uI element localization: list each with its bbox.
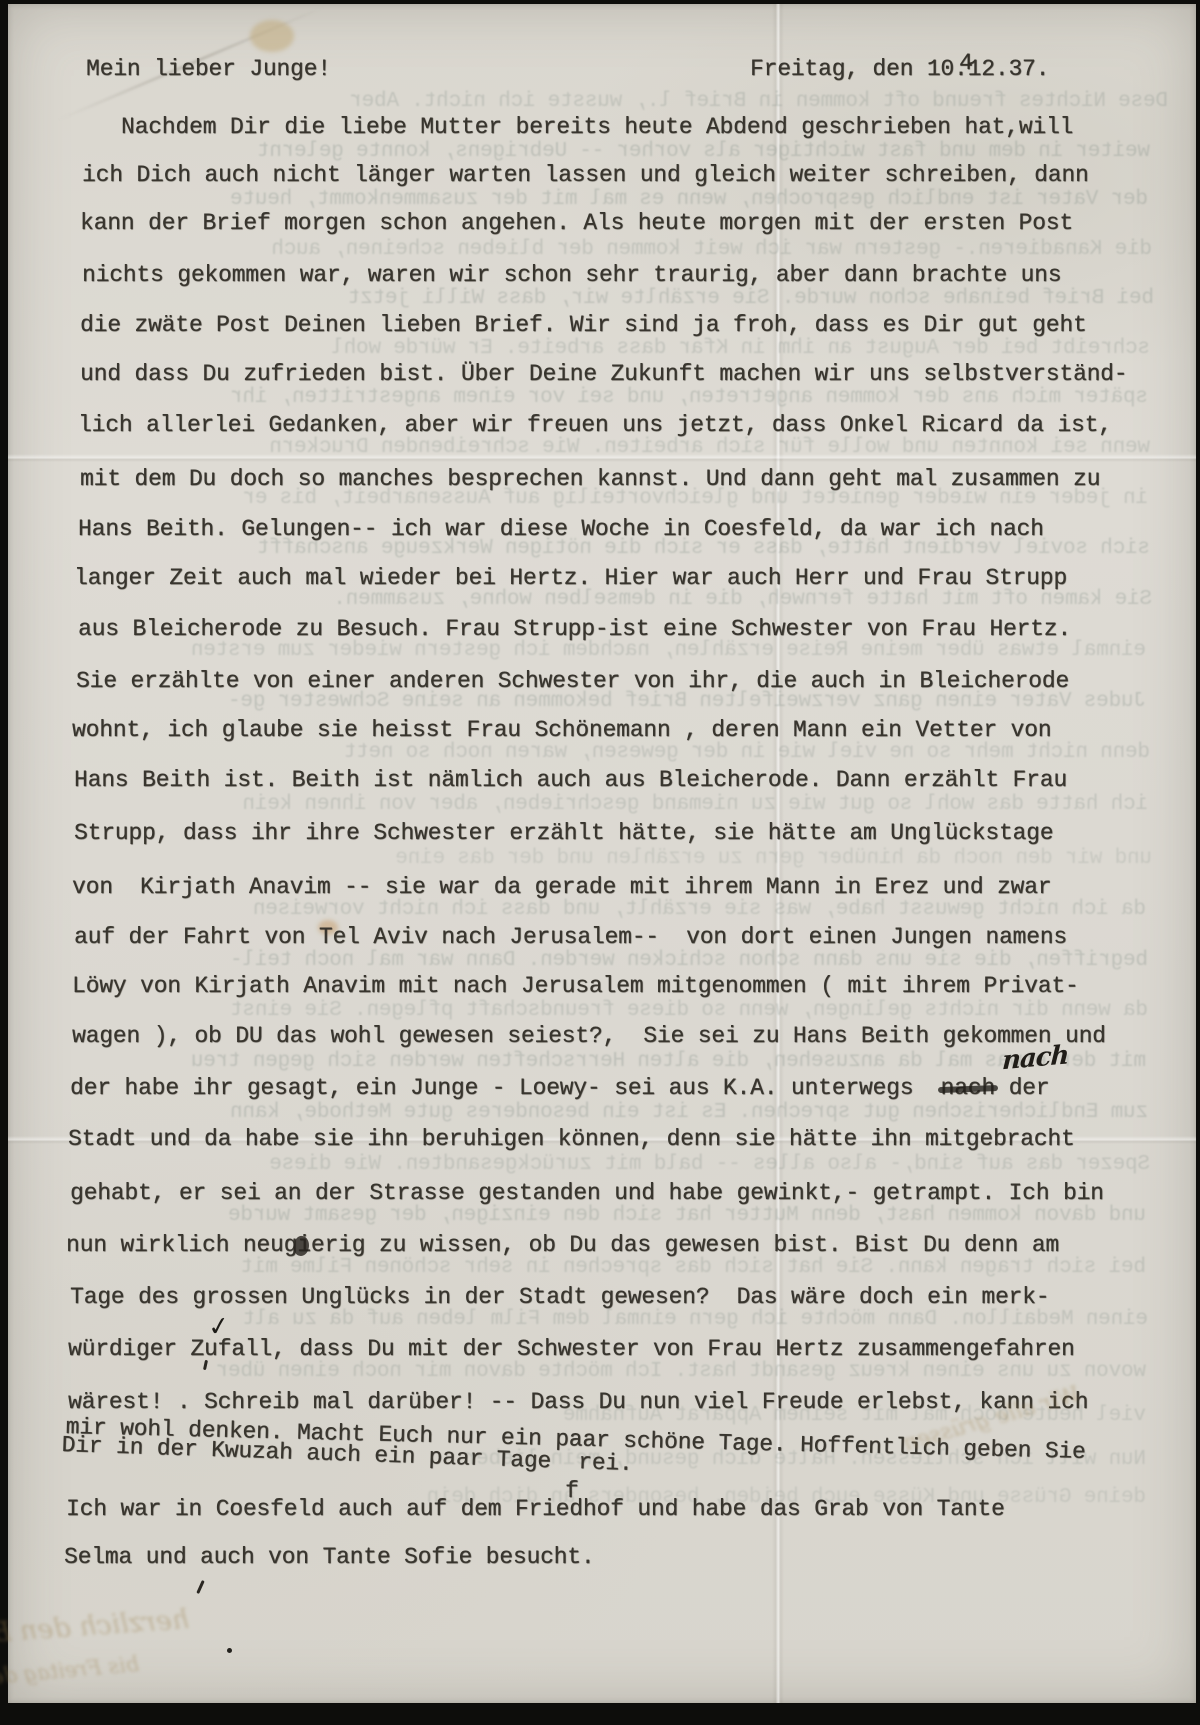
typed-line: von Kirjath Anavim -- sie war da gerade … — [72, 874, 1051, 901]
typed-line: Selma und auch von Tante Sofie besucht. — [64, 1544, 595, 1571]
bleedthrough-line: da wenn dir nichts gelingen, wenn so die… — [68, 999, 1148, 1022]
typed-segment: der habe ihr gesagt, ein Junge - Loewy- … — [70, 1075, 941, 1101]
handwritten-correction: nach — [1001, 1040, 1069, 1076]
typed-line: auf der Fahrt von Tel Aviv nach Jerusale… — [74, 924, 1067, 951]
salutation: Mein lieber Junge! — [86, 56, 331, 83]
typed-line: wohnt, ich glaube sie heisst Frau Schöne… — [72, 717, 1051, 744]
ink-tick — [196, 1580, 204, 1594]
dateline: Freitag, den 10.12.37. — [750, 56, 1049, 83]
ink-dot — [227, 1648, 232, 1653]
bleedthrough-line: bei sich tragen kann. Sie hat sich das s… — [66, 1256, 1146, 1279]
typed-line: Nachdem Dir die liebe Mutter bereits heu… — [121, 114, 1073, 141]
paper-sheet: Dese Nichtes freund oft kommen in Brief … — [8, 4, 1196, 1703]
struck-word: nach — [941, 1075, 995, 1102]
bleedthrough-line: wovon zu uns einen kreuz gesandt hast. I… — [66, 1360, 1146, 1383]
typed-line: Sie erzählte von einer anderen Schwester… — [76, 668, 1069, 695]
bleedthrough-line: zum Endlicherischen gut sprechen. Es ist… — [68, 1101, 1148, 1124]
typed-line: aus Bleicherode zu Besuch. Frau Strupp-i… — [78, 616, 1071, 643]
bleedthrough-line: Spezer das auf sind,- also alles -- bald… — [70, 1153, 1150, 1176]
typed-line: gehabt, er sei an der Strasse gestanden … — [70, 1180, 1104, 1207]
bleedthrough-line: die Kanadieren.- gestern war ich weit ko… — [72, 238, 1152, 261]
typed-line: Hans Beith ist. Beith ist nämlich auch a… — [74, 767, 1067, 794]
bleedthrough-line: mit der etwas mal da anzusehen, die alte… — [66, 1050, 1146, 1073]
bleedthrough-line: bei Brief beinahe schon wurde. Sie erzäh… — [74, 287, 1154, 310]
typed-line: kann der Brief morgen schon angehen. Als… — [80, 210, 1073, 237]
typed-line: wärest! . Schreib mal darüber! -- Dass D… — [68, 1389, 1088, 1416]
typed-segment: der — [995, 1075, 1049, 1101]
handwriting-ghost: bis Freitag dein — [0, 1652, 140, 1691]
bleedthrough-line: und wir den noch da hinüber gern zu erzä… — [72, 847, 1152, 870]
typed-line: Strupp, dass ihr ihre Schwester erzählt … — [74, 820, 1053, 847]
typed-line: Ich war in Coesfeld auch auf dem Friedho… — [66, 1496, 1005, 1523]
typed-line: ich Dich auch nicht länger warten lassen… — [82, 162, 1089, 189]
typed-line: Löwy von Kirjath Anavim mit nach Jerusal… — [72, 973, 1079, 1000]
typed-line: nichts gekommen war, waren wir schon seh… — [82, 262, 1061, 289]
typed-line: nun wirklich neugierig zu wissen, ob Du … — [66, 1232, 1059, 1259]
ink-checkmark: ✓ — [206, 1311, 232, 1344]
bleedthrough-line: der Vater ist endlich gesprochen, wenn e… — [68, 188, 1148, 211]
typed-line: wagen ), ob DU das wohl gewesen seiest?,… — [72, 1023, 1106, 1050]
bleedthrough-line: und davon kommen hast, denn Mutter hat s… — [66, 1204, 1146, 1227]
bleedthrough-line: weiter in dem und fast wichtiger als vor… — [70, 140, 1150, 163]
bleedthrough-line: schreibt bei der August an ihm in Kfar d… — [70, 337, 1150, 360]
bleedthrough-line: da ich nicht gewusst habe, was sie erzäh… — [66, 898, 1146, 921]
typed-line: Tage des grossen Unglücks in der Stadt g… — [70, 1284, 1049, 1311]
typed-line: und dass Du zufrieden bist. Über Deine Z… — [80, 361, 1127, 388]
scanned-letter-page: { "scan": { "background_color": "#0d0d0b… — [0, 0, 1200, 1725]
typed-line: Hans Beith. Gelungen-- ich war diese Woc… — [78, 516, 1044, 543]
bleedthrough-line: später mich ans der kommen angetreten, u… — [68, 386, 1148, 409]
typed-line: Stadt und da habe sie ihn beruhigen könn… — [68, 1126, 1075, 1153]
bleedthrough-line: wenn sei konnten und wolle für sich arbe… — [70, 436, 1150, 459]
typed-line: lich allerlei Gedanken, aber wir freuen … — [78, 412, 1112, 439]
typed-line: mit dem Du doch so manches besprechen ka… — [80, 466, 1100, 493]
date-overtype-character: 4 — [959, 50, 973, 77]
paper-stain — [250, 20, 294, 52]
bleedthrough-line: ich hatte das wohl so gut wie zu niemand… — [68, 793, 1148, 816]
typed-line: die zwäte Post Deinen lieben Brief. Wir … — [80, 312, 1087, 339]
bleedthrough-line: begriffen, die sie uns dann schon schick… — [68, 949, 1148, 972]
inserted-letter-f: f — [565, 1478, 579, 1505]
bleedthrough-line: Dese Nichtes freund oft kommen in Brief … — [88, 90, 1168, 113]
bleedthrough-line: denn nicht mehr so ne viel wie in der ge… — [70, 741, 1150, 764]
typed-line: langer Zeit auch mal wieder bei Hertz. H… — [74, 565, 1067, 592]
typed-line: der habe ihr gesagt, ein Junge - Loewy- … — [70, 1075, 1049, 1102]
